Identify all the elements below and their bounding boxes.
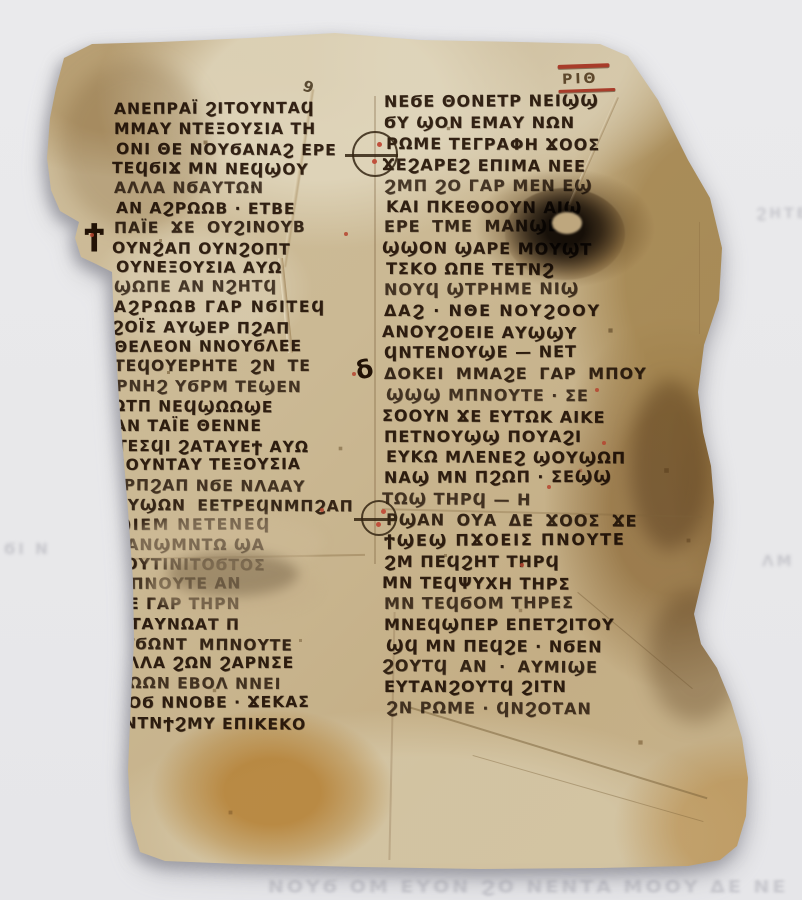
red-dot-icon <box>547 485 551 489</box>
red-dot-icon <box>376 522 381 527</box>
text-line: ΜΝΕϤϢΠΕΡ ΕΠΕΤϨΙΤΟΥ <box>384 615 700 636</box>
manuscript-leaf: ΡΙΘ ΑΝΕΠΡΑΪ ϨΙΤΟΥΝΤΑϤΜΜΑΥ ΝΤΕΞΟΥΣΙΑ ΤΗΟΝ… <box>0 0 802 900</box>
ink-speckles <box>0 0 1 1</box>
coronis-icon <box>361 500 397 536</box>
pen-flourish: 9 <box>300 77 315 97</box>
text-line: ΑΛΛΑ ΝϬΑΥΤΩΝ <box>114 179 372 199</box>
text-line: ΡΩΜΕ ΤΕΓΡΑΦΗ ϪΟΟΣ <box>386 134 702 157</box>
red-dot-icon <box>90 233 94 237</box>
photograph-of-manuscript: { "artifact": { "type_label": "parchment… <box>0 0 802 900</box>
text-line: ϨΑΝϢΜΝΤΩ ϢΑ <box>114 536 372 556</box>
text-line: ΕΥΤΑΝϨΟΥΤϤ ϨΙΤΝ <box>384 677 700 698</box>
red-dot-icon <box>377 142 382 147</box>
text-line: ΕΟΥΝΤΑΥ ΤΕΞΟΥΣΙΑ <box>114 455 372 476</box>
scratch-line <box>472 755 703 822</box>
red-dot-icon <box>320 508 324 512</box>
text-line: ΝΕ ΓΑΡ ΤΗΡΝ <box>114 595 372 615</box>
text-line: ΔΑϨ · ΝΘΕ ΝΟΥϨΟΟΥ <box>384 301 700 322</box>
text-line: ϤΝΤΕΝΟΥϢΕ — ΝΕΤ <box>384 341 700 364</box>
text-line: ϢΩΠΕ ΑΝ ΝϨΗΤϤ <box>114 277 372 298</box>
leaf-shadow: ΡΙΘ ΑΝΕΠΡΑΪ ϨΙΤΟΥΝΤΑϤΜΜΑΥ ΝΤΕΞΟΥΣΙΑ ΤΗΟΝ… <box>0 0 802 900</box>
text-line: ΜΠΝΟΥΤΕ ΑΝ <box>114 574 372 595</box>
red-dot-icon <box>372 159 377 164</box>
text-line: ΑΝΕΠΡΑΪ ϨΙΤΟΥΝΤΑϤ <box>114 99 372 120</box>
text-line: ϢϤ ΜΝ ΠΕϤϨΕ · ΝϬΕΝ <box>386 636 702 659</box>
text-line: ΑΝ ΤΑΪΕ ΘΕΝΝΕ <box>114 417 372 437</box>
text-line: ΝΑϢ ΜΝ ΠϨΩΠ · ΣΕϢϢ <box>384 467 700 490</box>
text-line: ΑΛΛΑ ϨΩΝ ϨΑΡΝΣΕ <box>114 654 372 674</box>
text-line: ΕΝΤΝϮϨΜΥ ΕΠΙΚΕΚΟ <box>112 714 370 736</box>
text-line: ΠΑΪΕ ϪΕ ΟΥϨΙΝΟΥΒ <box>114 217 372 238</box>
red-dot-icon <box>602 441 606 445</box>
red-dot-icon <box>381 509 386 514</box>
marginal-initial-ti: Ϯ <box>84 218 104 253</box>
text-line: ϮϢΕϢ ΠϪΟΕΙΣ ΠΝΟΥΤΕ <box>384 529 700 552</box>
red-dot-icon <box>520 563 524 567</box>
text-line: ϢΙΕΜ ΝΕΤΕΝΕϤ <box>114 514 372 535</box>
text-line: ϨΝ ΡΩΜΕ · ϤΝϨΟΤΑΝ <box>386 698 702 721</box>
text-line: ΝΟΥϤ ϢΤΡΗΜΕ ΝΙϢ <box>384 279 700 302</box>
text-line: ϨΜΠ ϨΟ ΓΑΡ ΜΕΝ ΕϢ <box>384 176 700 197</box>
text-line: ΕΡΠϨΑΠ ΝϬΕ ΝΛΑΑΥ <box>112 476 370 498</box>
red-dot-icon <box>595 388 599 392</box>
text-line: ΤΕϤϬΙϪ ΜΝ ΝΕϤϢΟΥ <box>112 159 370 181</box>
text-line: ΘΕΛΕΟΝ ΝΝΟΥϬΛΕΕ <box>114 336 372 357</box>
text-line: ϬΥ ϢΟΝ ΕΜΑΥ ΝΩΝ <box>384 113 700 134</box>
text-line: ΜΝ ΤΕϤϬΟΜ ΤΗΡΕΣ <box>384 592 700 615</box>
red-rule-top <box>558 63 610 68</box>
text-line: ΠΕΤΝΟΥϢϢ ΠΟΥΑϨΙ <box>384 427 700 448</box>
text-line: ΝΕϬΕ ΘΟΝΕΤΡ ΝΕΙϢϢ <box>384 90 700 113</box>
text-line: ΜΜΑΥ ΝΤΕΞΟΥΣΙΑ ΤΗ <box>114 120 372 140</box>
text-line: ΕΡΕ ΤΜΕ ΜΑΝϢΕ <box>384 216 700 239</box>
text-line: ΕΤϬΩΝΤ ΜΠΝΟΥΤΕ <box>112 634 370 656</box>
text-line: ΡΝΗϨ ΥϬΡΜ ΤΕϢΕΝ <box>116 377 374 398</box>
text-line: ΝΤΑΥΝΩΑΤ Π <box>116 615 374 636</box>
text-line: ΩΤΠ ΝΕϤϢΩΩϢΕ <box>112 397 370 419</box>
text-line: ΔΟΚΕΙ ΜΜΑϨΕ ΓΑΡ ΜΠΟΥ <box>384 364 700 385</box>
text-line: ϢϢϢ ΜΠΝΟΥΤΕ · ΣΕ <box>386 385 702 408</box>
folio-number: ΡΙΘ <box>562 70 616 88</box>
text-line: ΝΟϬ ΝΝΟΒΕ · ϪΕΚΑΣ <box>114 693 372 714</box>
text-column-left: ΑΝΕΠΡΑΪ ϨΙΤΟΥΝΤΑϤΜΜΑΥ ΝΤΕΞΟΥΣΙΑ ΤΗΟΝΙ ΘΕ… <box>114 100 372 734</box>
red-dot-icon <box>352 372 356 376</box>
text-line: ΤΕϤΟΥΕΡΗΤΕ ϨΝ ΤΕ <box>114 357 372 377</box>
text-line: ΟΝΙ ΘΕ ΝΟΥϬΑΝΑϨ ΕΡΕ <box>116 140 374 161</box>
red-dot-icon <box>344 232 348 236</box>
folio-pagination: ΡΙΘ <box>558 63 616 93</box>
text-column-right: ΝΕϬΕ ΘΟΝΕΤΡ ΝΕΙϢϢϬΥ ϢΟΝ ΕΜΑΥ ΝΩΝΡΩΜΕ ΤΕΓ… <box>384 92 700 719</box>
text-line: ΑϨΡΩΩΒ ΓΑΡ ΝϬΙΤΕϤ <box>114 298 372 318</box>
text-line: ϨΜ ΠΕϤϨΗΤ ΤΗΡϤ <box>384 552 700 573</box>
coronis-icon <box>352 131 398 177</box>
